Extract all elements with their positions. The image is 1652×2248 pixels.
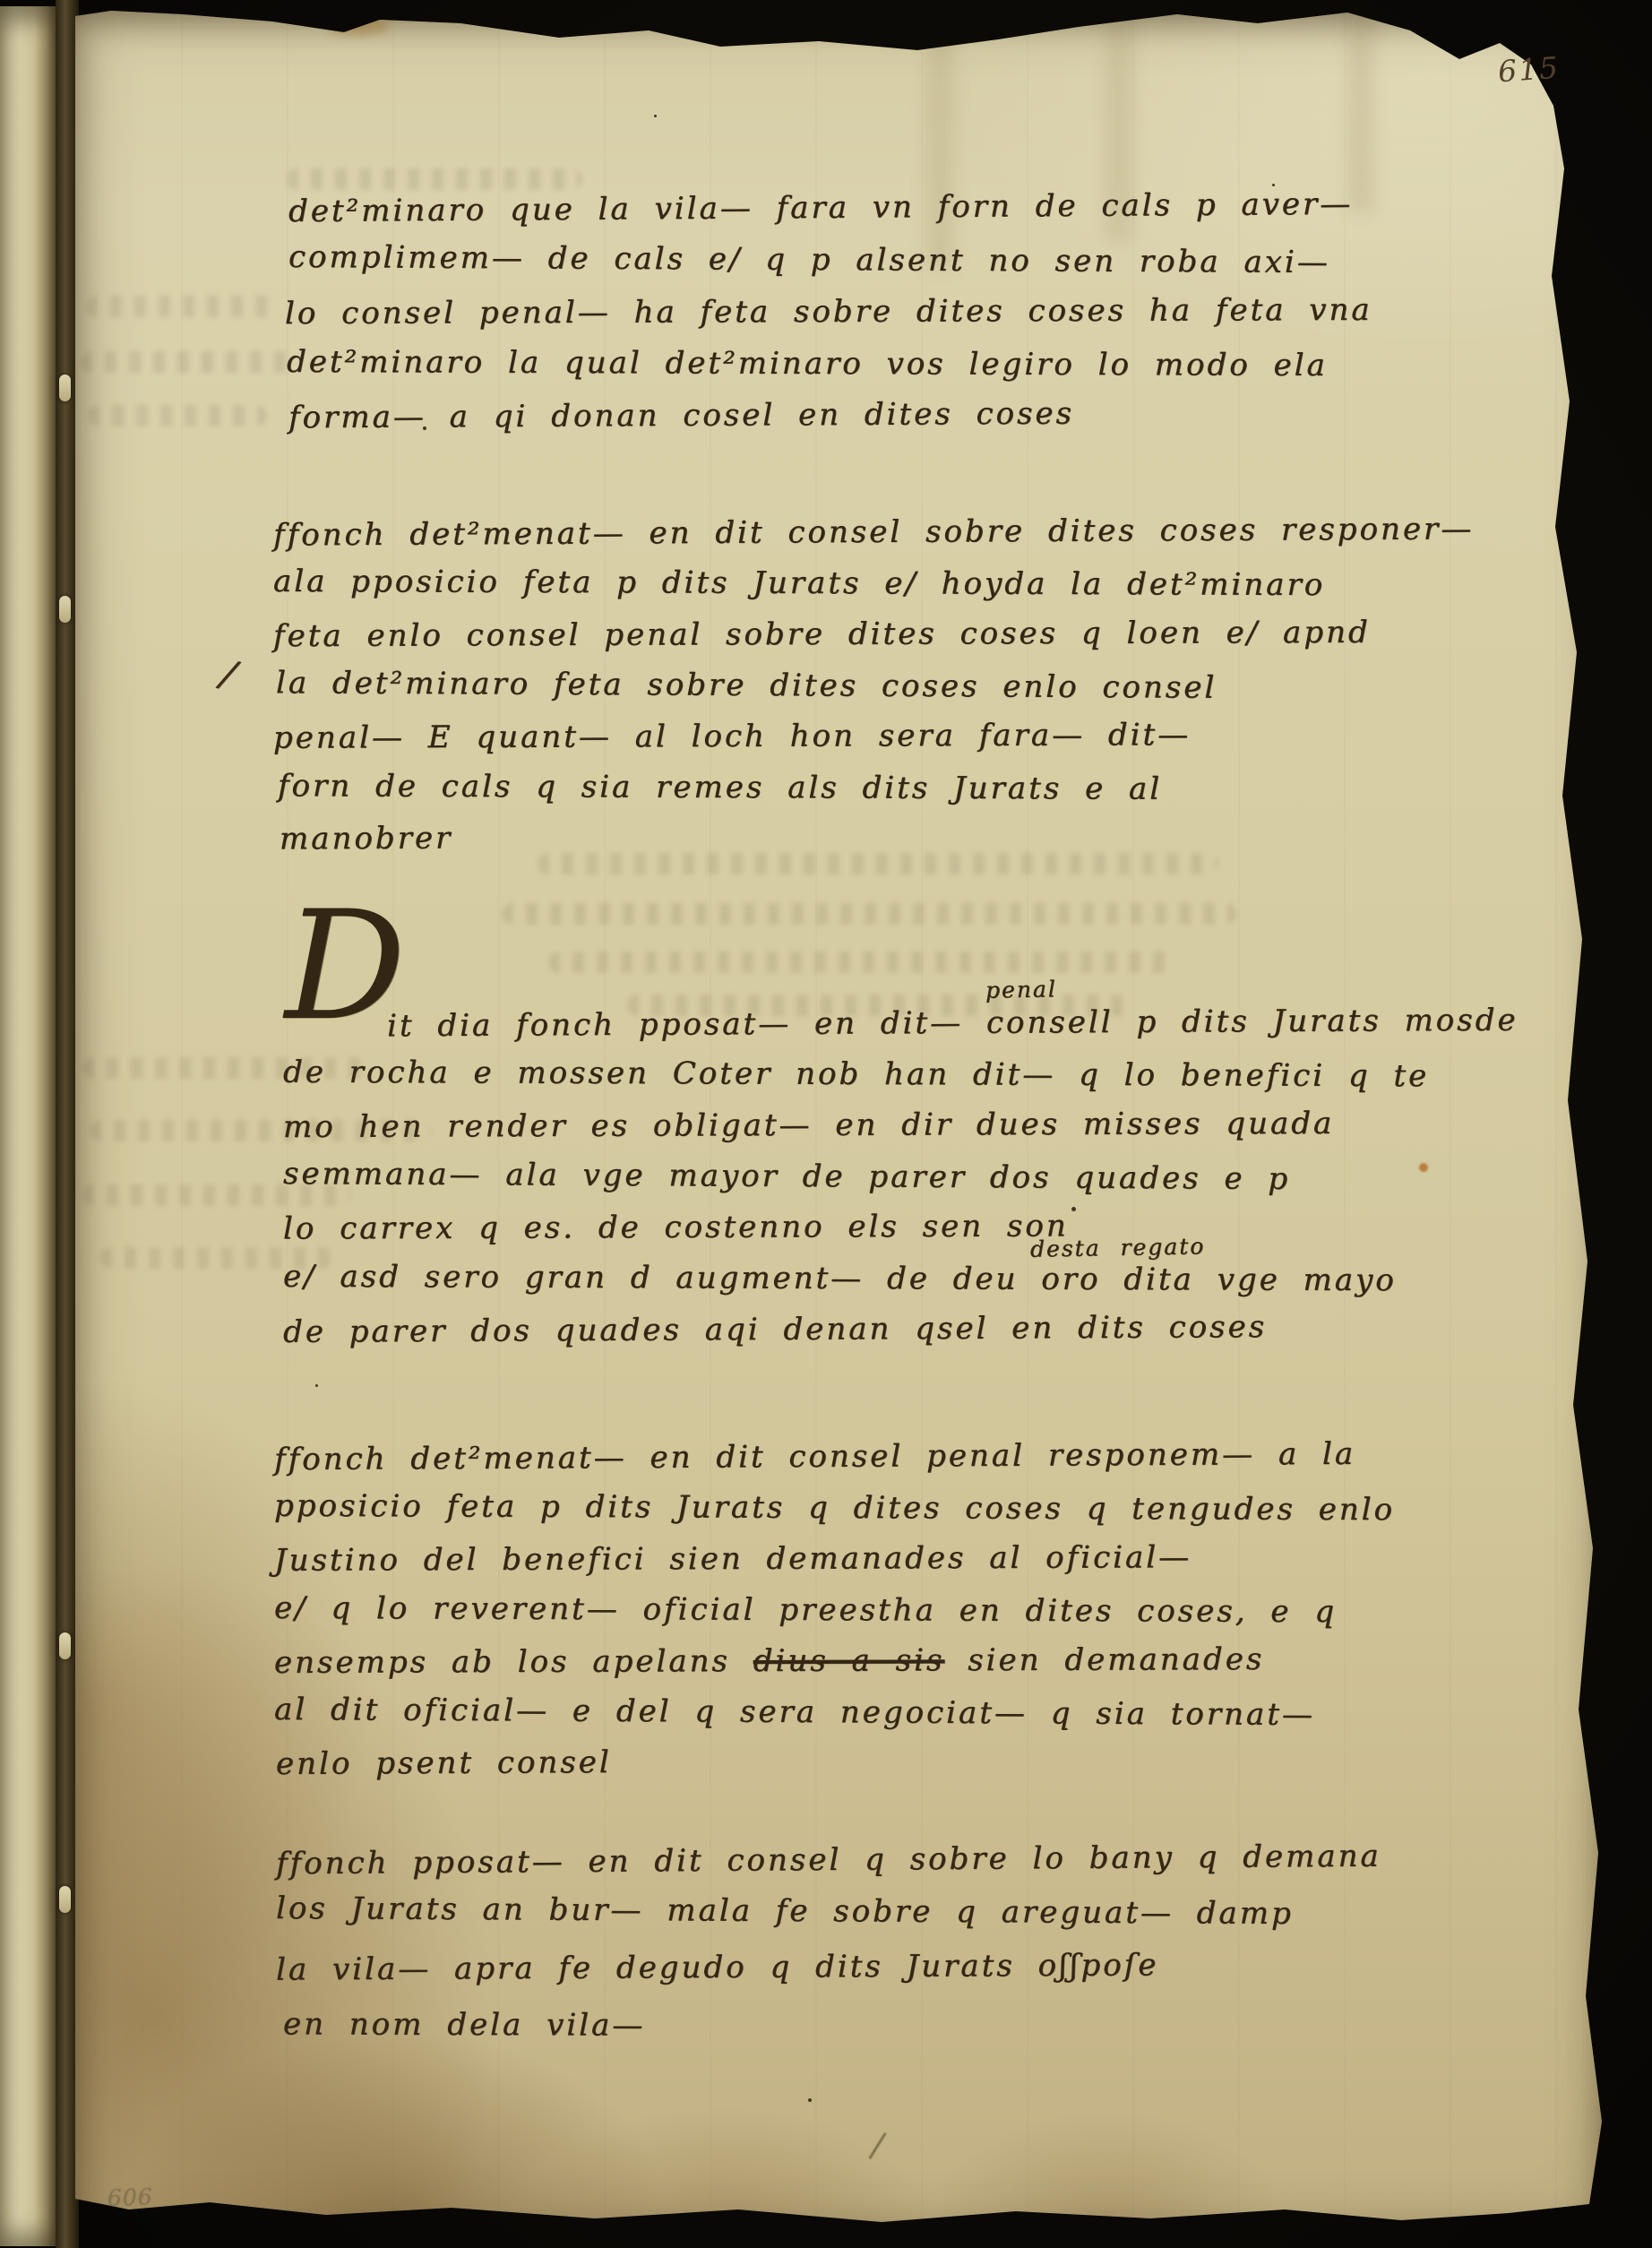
manuscript-line: enlo psent consel bbox=[276, 1744, 612, 1782]
manuscript-line: it dia fonch pposat— en dit— consell p d… bbox=[387, 1003, 1519, 1045]
manuscript-line: la vila— apra fe degudo q dits Jurats oʃ… bbox=[276, 1947, 1159, 1987]
struck-line-post: sien demanades bbox=[944, 1641, 1264, 1678]
manuscript-line: lo consel penal— ha feta sobre dites cos… bbox=[285, 292, 1372, 332]
manuscript-line: mo hen render es obligat— en dir dues mi… bbox=[283, 1106, 1334, 1145]
manuscript-line: ffonch det²menat— en dit consel sobre di… bbox=[273, 511, 1474, 553]
paper-fold-shadow bbox=[1347, 7, 1374, 213]
manuscript-line: al dit oficial— e del q sera negociat— q… bbox=[274, 1692, 1315, 1733]
manuscript-line: forn de cals q sia remes als dits Jurats… bbox=[278, 768, 1162, 806]
manuscript-line: de parer dos quades aqi denan qsel en di… bbox=[283, 1309, 1267, 1350]
manuscript-line: ensemps ab los apelans dius a sis sien d… bbox=[274, 1641, 1264, 1681]
manuscript-line: forma— a qi donan cosel en dites coses bbox=[288, 396, 1074, 436]
manuscript-line: en nom dela vila— bbox=[283, 2006, 645, 2043]
manuscript-scan: 615 606 / det²minaro que la vila— fara v… bbox=[0, 0, 1652, 2248]
bleedthrough-text bbox=[548, 952, 1175, 973]
folio-number-bottom-left: 606 bbox=[108, 2183, 154, 2211]
binding-stitch bbox=[59, 375, 71, 401]
interlinear-insertion: desta regato bbox=[1030, 1233, 1206, 1262]
manuscript-line: la det²minaro feta sobre dites coses enl… bbox=[276, 665, 1217, 705]
bleedthrough-text bbox=[88, 405, 267, 426]
bleedthrough-text bbox=[287, 168, 582, 190]
manuscript-line: de rocha e mossen Coter nob han dit— q l… bbox=[283, 1055, 1429, 1094]
manuscript-line: e/ asd sero gran d augment— de deu oro d… bbox=[283, 1259, 1397, 1298]
ink-speck bbox=[1071, 1207, 1076, 1211]
binding-stitch bbox=[59, 1632, 71, 1659]
paper-fold-shadow bbox=[926, 7, 953, 267]
manuscript-line: complimem— de cals e/ q p alsent no sen … bbox=[288, 239, 1330, 280]
manuscript-line: manobrer bbox=[280, 820, 452, 857]
struck-line-pre: ensemps ab los apelans bbox=[274, 1643, 753, 1681]
manuscript-line: penal— E quant— al loch hon sera fara— d… bbox=[273, 717, 1191, 756]
manuscript-line: ala pposicio feta p dits Jurats e/ hoyda… bbox=[273, 564, 1325, 603]
ink-speck bbox=[654, 115, 657, 117]
manuscript-line: det²minaro que la vila— fara vn forn de … bbox=[288, 186, 1354, 229]
strikethrough-text: dius a sis bbox=[753, 1642, 945, 1679]
manuscript-line: Justino del benefici sien demanades al o… bbox=[274, 1539, 1192, 1579]
manuscript-line: ffonch det²menat— en dit consel penal re… bbox=[274, 1436, 1355, 1477]
manuscript-line: feta enlo consel penal sobre dites coses… bbox=[273, 615, 1371, 654]
edge-stain bbox=[1419, 1163, 1428, 1172]
manuscript-line: lo carrex q es. de costenno els sen son bbox=[283, 1208, 1069, 1246]
ink-speck bbox=[315, 1384, 318, 1387]
manuscript-line: semmana— ala vge mayor de parer dos quad… bbox=[283, 1156, 1290, 1197]
bleedthrough-text bbox=[538, 853, 1218, 874]
manuscript-line: e/ q lo reverent— oficial preestha en di… bbox=[274, 1590, 1337, 1630]
binding-stitch bbox=[59, 596, 71, 623]
bleedthrough-text bbox=[502, 903, 1236, 925]
adjacent-page-edge bbox=[0, 6, 56, 2246]
binding-stitch bbox=[59, 1886, 71, 1913]
bleedthrough-text bbox=[86, 296, 274, 317]
manuscript-line: los Jurats an bur— mala fe sobre q aregu… bbox=[276, 1891, 1294, 1932]
edge-stain bbox=[326, 13, 389, 36]
interlinear-insertion: penal bbox=[985, 976, 1057, 1003]
manuscript-line: det²minaro la qual det²minaro vos legiro… bbox=[287, 344, 1328, 383]
ink-speck bbox=[808, 2098, 812, 2102]
page-number-top-right: 615 bbox=[1497, 50, 1562, 90]
bleedthrough-text bbox=[81, 351, 291, 373]
manuscript-line: pposicio feta p dits Jurats q dites cose… bbox=[274, 1488, 1395, 1528]
